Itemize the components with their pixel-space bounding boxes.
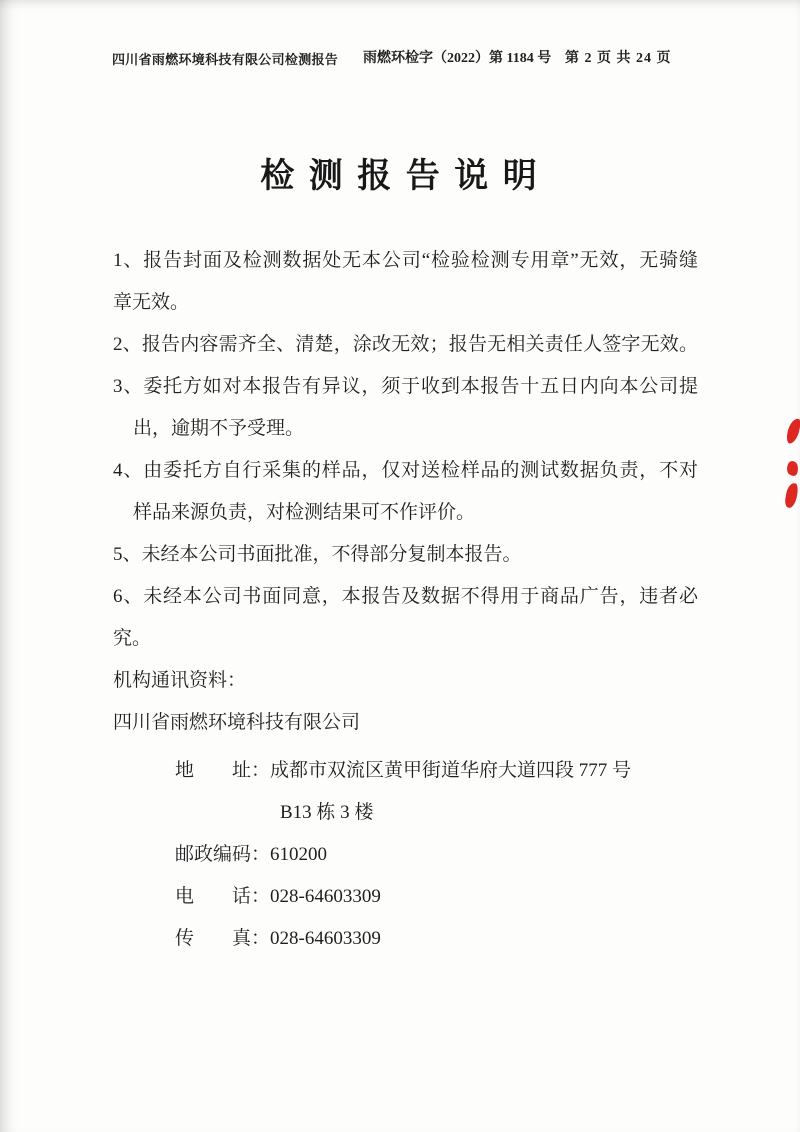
contact-fax-row: 传 真：028-64603309	[113, 918, 698, 960]
contact-postcode-row: 邮政编码：610200	[113, 834, 698, 876]
red-seal-fragment-icon	[784, 482, 799, 509]
note-1-line-1: 1、报告封面及检测数据处无本公司“检验检测专用章”无效，无骑缝	[113, 240, 698, 282]
note-1-line-2: 章无效。	[113, 282, 698, 324]
page-title: 检 测 报 告 说 明	[0, 148, 800, 197]
note-6-line-1: 6、未经本公司书面同意，本报告及数据不得用于商品广告，违者必	[113, 576, 698, 618]
note-5-line-1: 5、未经本公司书面批准，不得部分复制本报告。	[113, 534, 698, 576]
red-seal-fragment-icon	[785, 417, 800, 445]
fax-label: 传 真：	[175, 918, 270, 960]
note-6-line-2: 究。	[113, 618, 698, 660]
note-3-line-1: 3、委托方如对本报告有异议，须于收到本报告十五日内向本公司提	[113, 366, 698, 408]
contact-heading: 机构通讯资料：	[113, 660, 698, 702]
page-header: 四川省雨燃环境科技有限公司检测报告 雨燃环检字（2022）第 1184 号 第 …	[0, 47, 800, 69]
note-3-line-2: 出，逾期不予受理。	[113, 408, 698, 450]
contact-phone-row: 电 话：028-64603309	[113, 876, 698, 918]
address-value: 成都市双流区黄甲街道华府大道四段 777 号	[270, 750, 631, 792]
fax-value: 028-64603309	[270, 918, 381, 960]
header-report-number: 雨燃环检字（2022）第 1184 号	[363, 47, 551, 67]
header-report-name: 四川省雨燃环境科技有限公司检测报告	[112, 49, 338, 68]
header-page-number: 第 2 页 共 24 页	[565, 47, 672, 67]
postcode-value: 610200	[270, 834, 327, 876]
note-2-line-1: 2、报告内容需齐全、清楚，涂改无效；报告无相关责任人签字无效。	[113, 324, 698, 366]
document-page: 四川省雨燃环境科技有限公司检测报告 雨燃环检字（2022）第 1184 号 第 …	[0, 0, 800, 1132]
address-line-2: B13 栋 3 楼	[113, 792, 698, 834]
contact-company-name: 四川省雨燃环境科技有限公司	[113, 702, 698, 744]
contact-section: 机构通讯资料： 四川省雨燃环境科技有限公司 地 址：成都市双流区黄甲街道华府大道…	[113, 660, 698, 960]
report-notes: 1、报告封面及检测数据处无本公司“检验检测专用章”无效，无骑缝 章无效。 2、报…	[113, 240, 698, 960]
phone-label: 电 话：	[175, 876, 270, 918]
address-label: 地 址：	[175, 750, 270, 792]
postcode-label: 邮政编码：	[175, 834, 270, 876]
note-4-line-2: 样品来源负责，对检测结果可不作评价。	[113, 492, 698, 534]
note-4-line-1: 4、由委托方自行采集的样品，仅对送检样品的测试数据负责，不对	[113, 450, 698, 492]
phone-value: 028-64603309	[270, 876, 381, 918]
contact-address-row: 地 址：成都市双流区黄甲街道华府大道四段 777 号	[113, 750, 698, 792]
red-seal-fragment-icon	[786, 460, 799, 476]
